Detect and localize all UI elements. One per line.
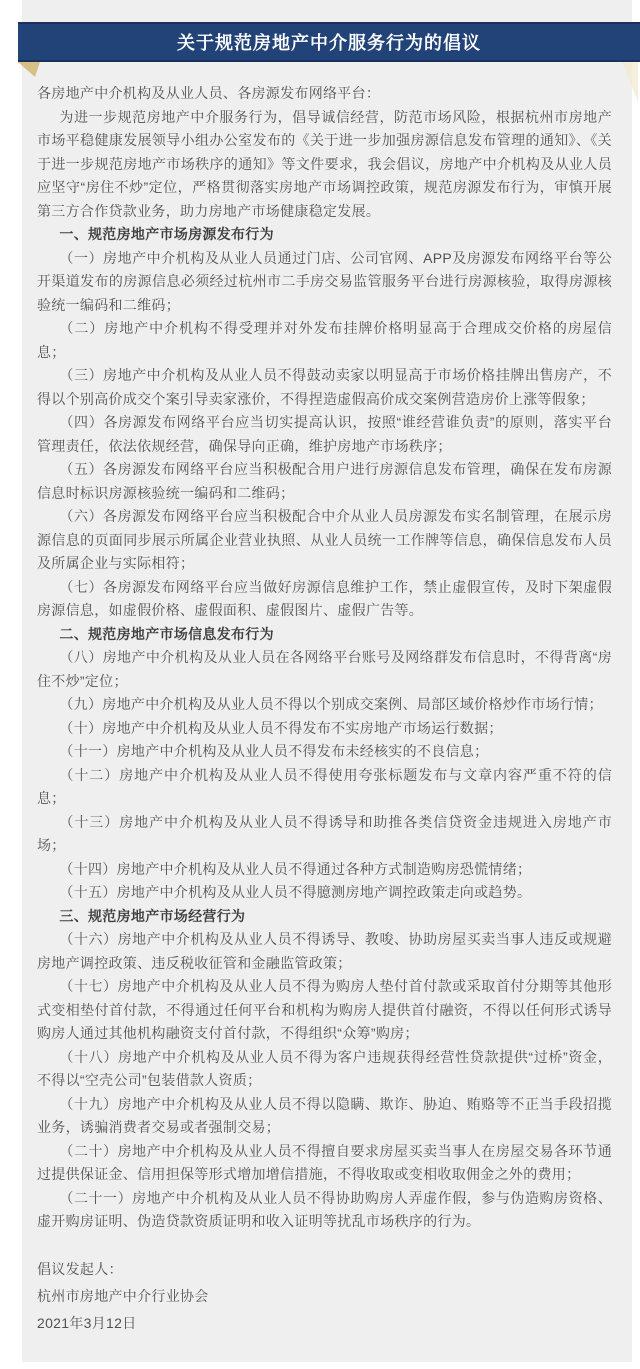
title-banner: 关于规范房地产中介服务行为的倡议 xyxy=(18,22,640,62)
clause-17: （十七）房地产中介机构及从业人员不得为购房人垫付首付款或采取首付分期等其他形式变… xyxy=(37,975,612,1046)
clause-2: （二）房地产中介机构不得受理并对外发布挂牌价格明显高于合理成交价格的房屋信息； xyxy=(37,317,612,364)
clause-15: （十五）房地产中介机构及从业人员不得臆测房地产调控政策走向或趋势。 xyxy=(37,881,612,905)
clause-12: （十二）房地产中介机构及从业人员不得使用夸张标题发布与文章内容严重不符的信息； xyxy=(37,764,612,811)
clause-16: （十六）房地产中介机构及从业人员不得诱导、教唆、协助房屋买卖当事人违反或规避房地… xyxy=(37,928,612,975)
clause-18: （十八）房地产中介机构及从业人员不得为客户违规获得经营性贷款提供“过桥”资金，不… xyxy=(37,1046,612,1093)
clause-21: （二十一）房地产中介机构及从业人员不得协助购房人弄虚作假，参与伪造购房资格、虚开… xyxy=(37,1187,612,1234)
salutation: 各房地产中介机构及从业人员、各房源发布网络平台： xyxy=(37,82,612,106)
section-1-heading: 一、规范房地产市场房源发布行为 xyxy=(37,223,612,247)
clause-19: （十九）房地产中介机构及从业人员不得以隐瞒、欺诈、胁迫、贿赂等不正当手段招揽业务… xyxy=(37,1093,612,1140)
page-title: 关于规范房地产中介服务行为的倡议 xyxy=(177,29,481,55)
intro-paragraph: 为进一步规范房地产中介服务行为，倡导诚信经营，防范市场风险，根据杭州市房地产市场… xyxy=(37,106,612,224)
clause-20: （二十）房地产中介机构及从业人员不得擅自要求房屋买卖当事人在房屋交易各环节通过提… xyxy=(37,1140,612,1187)
clause-7: （七）各房源发布网络平台应当做好房源信息维护工作，禁止虚假宣传，及时下架虚假房源… xyxy=(37,576,612,623)
clause-5: （五）各房源发布网络平台应当积极配合用户进行房源信息发布管理，确保在发布房源信息… xyxy=(37,458,612,505)
clause-8: （八）房地产中介机构及从业人员在各网络平台账号及网络群发布信息时，不得背离“房住… xyxy=(37,646,612,693)
clause-3: （三）房地产中介机构及从业人员不得鼓动卖家以明显高于市场价格挂牌出售房产，不得以… xyxy=(37,364,612,411)
document-body: 各房地产中介机构及从业人员、各房源发布网络平台： 为进一步规范房地产中介服务行为… xyxy=(22,62,632,1337)
section-2-heading: 二、规范房地产市场信息发布行为 xyxy=(37,623,612,647)
signature-date: 2021年3月12日 xyxy=(37,1310,612,1337)
clause-9: （九）房地产中介机构及从业人员不得以个别成交案例、局部区域价格炒作市场行情； xyxy=(37,693,612,717)
clause-10: （十）房地产中介机构及从业人员不得发布不实房地产市场运行数据； xyxy=(37,717,612,741)
signature-label: 倡议发起人： xyxy=(37,1256,612,1283)
clause-14: （十四）房地产中介机构及从业人员不得通过各种方式制造购房恐慌情绪； xyxy=(37,858,612,882)
clause-13: （十三）房地产中介机构及从业人员不得诱导和助推各类信贷资金违规进入房地产市场； xyxy=(37,811,612,858)
clause-1: （一）房地产中介机构及从业人员通过门店、公司官网、APP及房源发布网络平台等公开… xyxy=(37,247,612,318)
clause-6: （六）各房源发布网络平台应当积极配合中介从业人员房源发布实名制管理，在展示房源信… xyxy=(37,505,612,576)
signature-org: 杭州市房地产中介行业协会 xyxy=(37,1283,612,1310)
clause-4: （四）各房源发布网络平台应当切实提高认识，按照“谁经营谁负责”的原则，落实平台管… xyxy=(37,411,612,458)
signature-block: 倡议发起人： 杭州市房地产中介行业协会 2021年3月12日 xyxy=(37,1256,612,1337)
section-3-heading: 三、规范房地产市场经营行为 xyxy=(37,905,612,929)
clause-11: （十一）房地产中介机构及从业人员不得发布未经核实的不良信息； xyxy=(37,740,612,764)
